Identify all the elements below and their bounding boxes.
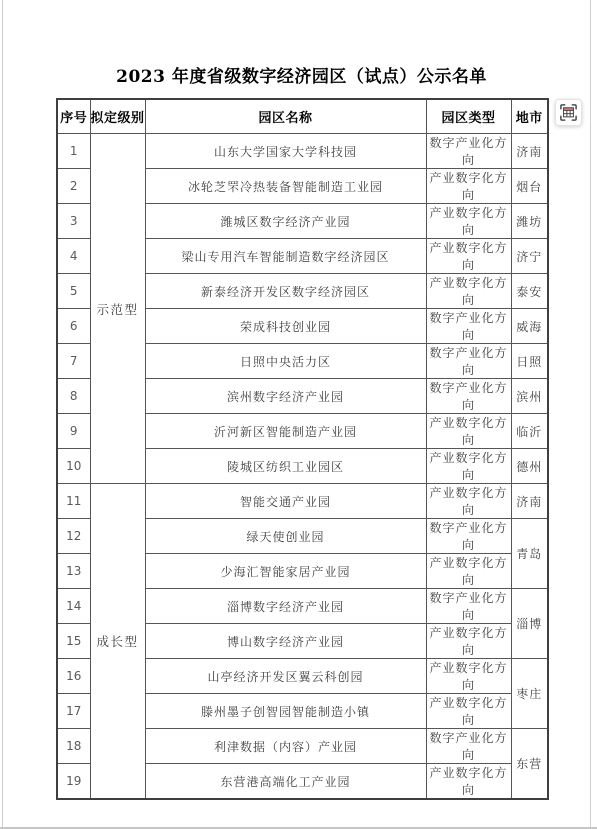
city-cell: 日照 xyxy=(511,344,548,379)
table-row: 11 成长型 智能交通产业园 产业数字化方向 济南 xyxy=(57,484,548,519)
city-cell: 泰安 xyxy=(511,274,548,309)
city-cell-merged: 东营 xyxy=(511,729,548,800)
park-type-cell: 产业数字化方向 xyxy=(426,484,511,519)
park-name-cell: 少海汇智能家居产业园 xyxy=(145,554,426,589)
park-type-cell: 数字产业化方向 xyxy=(426,729,511,764)
serial-cell: 19 xyxy=(57,764,90,800)
park-type-cell: 产业数字化方向 xyxy=(426,414,511,449)
park-name-cell: 博山数字经济产业园 xyxy=(145,624,426,659)
park-name-cell: 智能交通产业园 xyxy=(145,484,426,519)
park-type-cell: 数字产业化方向 xyxy=(426,134,511,169)
city-cell-merged: 青岛 xyxy=(511,519,548,589)
serial-cell: 16 xyxy=(57,659,90,694)
table-capture-button[interactable] xyxy=(555,99,582,126)
park-type-cell: 产业数字化方向 xyxy=(426,764,511,800)
header-row: 序号 拟定级别 园区名称 园区类型 地市 xyxy=(57,99,548,134)
park-name-cell: 滕州墨子创智园智能制造小镇 xyxy=(145,694,426,729)
serial-cell: 8 xyxy=(57,379,90,414)
city-cell: 济宁 xyxy=(511,239,548,274)
park-name-cell: 冰轮芝罘冷热装备智能制造工业园 xyxy=(145,169,426,204)
city-cell: 济南 xyxy=(511,484,548,519)
serial-cell: 11 xyxy=(57,484,90,519)
serial-cell: 4 xyxy=(57,239,90,274)
serial-cell: 15 xyxy=(57,624,90,659)
city-cell: 滨州 xyxy=(511,379,548,414)
park-name-cell: 利津数据（内容）产业园 xyxy=(145,729,426,764)
parks-table: 序号 拟定级别 园区名称 园区类型 地市 1 示范型 山东大学国家大学科技园 数… xyxy=(56,98,549,800)
city-cell-merged: 枣庄 xyxy=(511,659,548,729)
park-name-cell: 新泰经济开发区数字经济园区 xyxy=(145,274,426,309)
col-header-serial: 序号 xyxy=(57,99,90,134)
col-header-level: 拟定级别 xyxy=(90,99,145,134)
serial-cell: 6 xyxy=(57,309,90,344)
col-header-name: 园区名称 xyxy=(145,99,426,134)
city-cell: 临沂 xyxy=(511,414,548,449)
park-type-cell: 产业数字化方向 xyxy=(426,274,511,309)
park-name-cell: 陵城区纺织工业园区 xyxy=(145,449,426,484)
serial-cell: 14 xyxy=(57,589,90,624)
serial-cell: 18 xyxy=(57,729,90,764)
serial-cell: 13 xyxy=(57,554,90,589)
park-name-cell: 日照中央活力区 xyxy=(145,344,426,379)
park-name-cell: 滨州数字经济产业园 xyxy=(145,379,426,414)
park-type-cell: 产业数字化方向 xyxy=(426,694,511,729)
serial-cell: 12 xyxy=(57,519,90,554)
park-name-cell: 潍城区数字经济产业园 xyxy=(145,204,426,239)
city-cell: 德州 xyxy=(511,449,548,484)
park-type-cell: 产业数字化方向 xyxy=(426,624,511,659)
serial-cell: 5 xyxy=(57,274,90,309)
park-type-cell: 数字产业化方向 xyxy=(426,379,511,414)
serial-cell: 9 xyxy=(57,414,90,449)
serial-cell: 2 xyxy=(57,169,90,204)
serial-cell: 3 xyxy=(57,204,90,239)
park-type-cell: 数字产业化方向 xyxy=(426,344,511,379)
park-type-cell: 产业数字化方向 xyxy=(426,449,511,484)
col-header-city: 地市 xyxy=(511,99,548,134)
park-name-cell: 东营港高端化工产业园 xyxy=(145,764,426,800)
city-cell: 济南 xyxy=(511,134,548,169)
page-title: 2023 年度省级数字经济园区（试点）公示名单 xyxy=(56,62,547,87)
park-type-cell: 数字产业化方向 xyxy=(426,589,511,624)
park-type-cell: 产业数字化方向 xyxy=(426,554,511,589)
park-name-cell: 梁山专用汽车智能制造数字经济园区 xyxy=(145,239,426,274)
park-type-cell: 产业数字化方向 xyxy=(426,204,511,239)
park-type-cell: 产业数字化方向 xyxy=(426,659,511,694)
park-name-cell: 淄博数字经济产业园 xyxy=(145,589,426,624)
serial-cell: 7 xyxy=(57,344,90,379)
city-cell-merged: 淄博 xyxy=(511,589,548,659)
level-cell-demonstration: 示范型 xyxy=(90,134,145,484)
park-name-cell: 山亭经济开发区翼云科创园 xyxy=(145,659,426,694)
park-type-cell: 产业数字化方向 xyxy=(426,169,511,204)
table-row: 1 示范型 山东大学国家大学科技园 数字产业化方向 济南 xyxy=(57,134,548,169)
serial-cell: 10 xyxy=(57,449,90,484)
park-type-cell: 数字产业化方向 xyxy=(426,309,511,344)
park-type-cell: 产业数字化方向 xyxy=(426,239,511,274)
park-name-cell: 绿天使创业园 xyxy=(145,519,426,554)
park-type-cell: 数字产业化方向 xyxy=(426,519,511,554)
level-cell-growth: 成长型 xyxy=(90,484,145,800)
table-capture-icon xyxy=(559,103,578,122)
park-name-cell: 沂河新区智能制造产业园 xyxy=(145,414,426,449)
serial-cell: 17 xyxy=(57,694,90,729)
city-cell: 烟台 xyxy=(511,169,548,204)
serial-cell: 1 xyxy=(57,134,90,169)
document-page: 2023 年度省级数字经济园区（试点）公示名单 序号 拟定级别 园区名称 园区类… xyxy=(2,0,591,827)
park-name-cell: 荣成科技创业园 xyxy=(145,309,426,344)
park-name-cell: 山东大学国家大学科技园 xyxy=(145,134,426,169)
city-cell: 潍坊 xyxy=(511,204,548,239)
city-cell: 威海 xyxy=(511,309,548,344)
col-header-type: 园区类型 xyxy=(426,99,511,134)
